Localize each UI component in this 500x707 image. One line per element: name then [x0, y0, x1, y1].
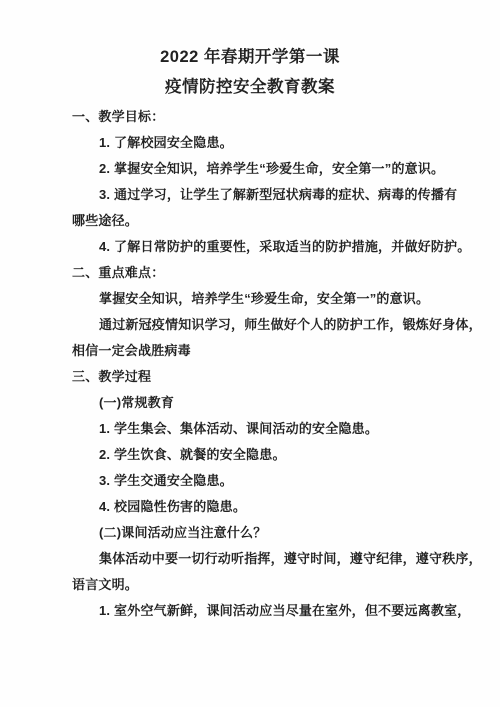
- paragraph-line: 3. 通过学习，让学生了解新型冠状病毒的症状、病毒的传播有: [72, 182, 492, 208]
- paragraph-line: 2. 学生饮食、就餐的安全隐患。: [72, 442, 492, 468]
- paragraph-line: 3. 学生交通安全隐患。: [72, 468, 492, 494]
- continuation-line: 语言文明。: [72, 572, 492, 598]
- paragraph-line: 集体活动中要一切行动听指挥，遵守时间，遵守纪律，遵守秩序，: [72, 546, 492, 572]
- paragraph-line: 1. 室外空气新鲜，课间活动应当尽量在室外，但不要远离教室，: [72, 598, 492, 624]
- title-line-1: 2022 年春期开学第一课: [0, 42, 500, 72]
- section-heading-line: 一、教学目标：: [72, 104, 492, 130]
- title-line-2: 疫情防控安全教育教案: [0, 72, 500, 102]
- paragraph-line: 4. 校园隐性伤害的隐患。: [72, 494, 492, 520]
- continuation-line: 哪些途径。: [72, 208, 492, 234]
- document-title: 2022 年春期开学第一课 疫情防控安全教育教案: [0, 0, 500, 102]
- document-body: 一、教学目标：1. 了解校园安全隐患。2. 掌握安全知识，培养学生“珍爱生命，安…: [72, 104, 492, 624]
- continuation-line: 相信一定会战胜病毒: [72, 338, 492, 364]
- paragraph-line: 1. 了解校园安全隐患。: [72, 130, 492, 156]
- paragraph-line: 2. 掌握安全知识，培养学生“珍爱生命，安全第一”的意识。: [72, 156, 492, 182]
- paragraph-line: (一)常规教育: [72, 390, 492, 416]
- paragraph-line: 掌握安全知识，培养学生“珍爱生命，安全第一”的意识。: [72, 286, 492, 312]
- paragraph-line: (二)课间活动应当注意什么？: [72, 520, 492, 546]
- paragraph-line: 1. 学生集会、集体活动、课间活动的安全隐患。: [72, 416, 492, 442]
- document-page: 2022 年春期开学第一课 疫情防控安全教育教案 一、教学目标：1. 了解校园安…: [0, 0, 500, 707]
- section-heading-line: 二、重点难点：: [72, 260, 492, 286]
- paragraph-line: 通过新冠疫情知识学习，师生做好个人的防护工作，锻炼好身体，: [72, 312, 492, 338]
- paragraph-line: 4. 了解日常防护的重要性，采取适当的防护措施，并做好防护。: [72, 234, 492, 260]
- section-heading-line: 三、教学过程: [72, 364, 492, 390]
